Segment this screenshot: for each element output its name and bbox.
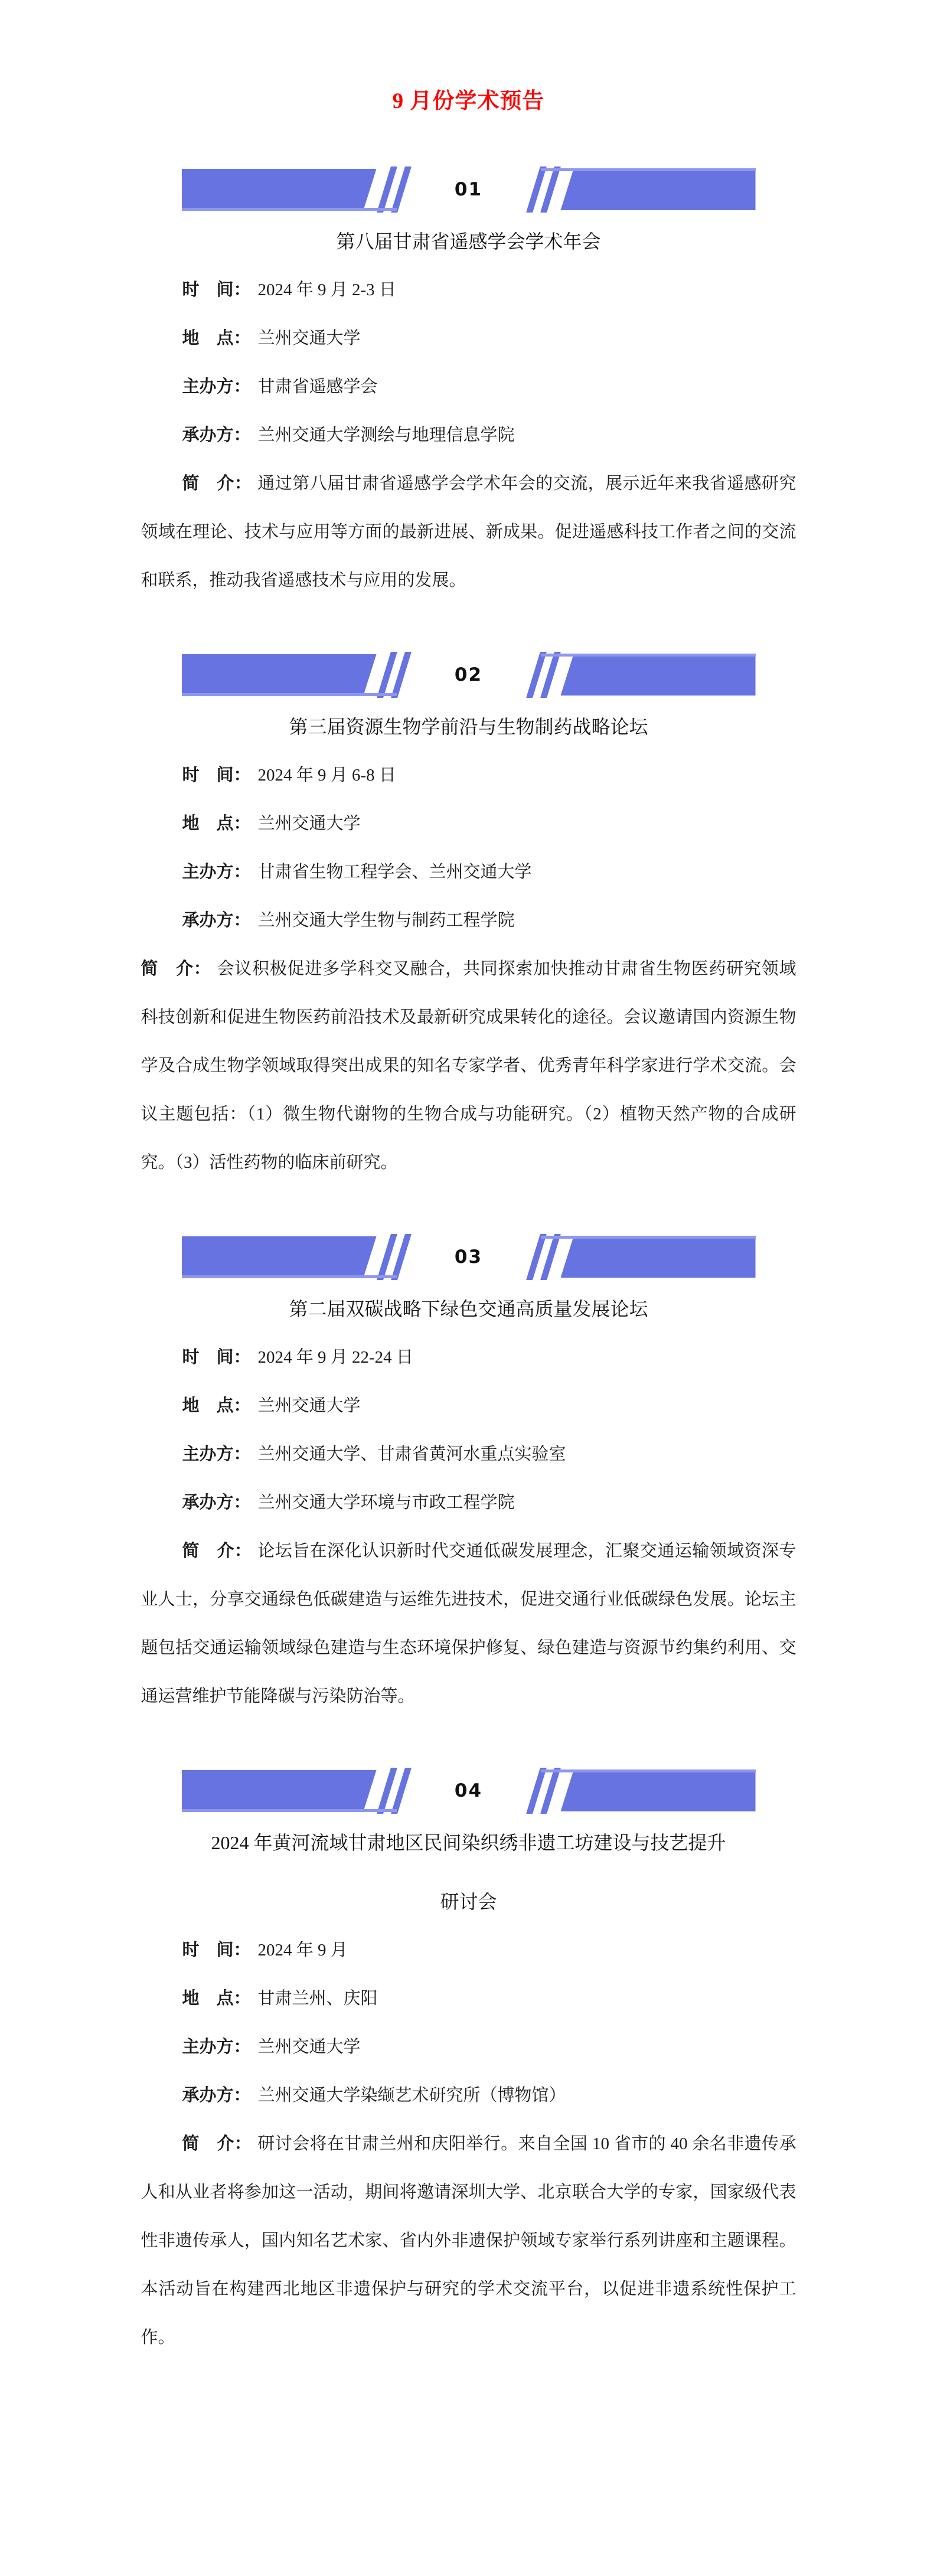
section-title-line: 第二届双碳战略下绿色交通高质量发展论坛 bbox=[0, 1295, 937, 1323]
banner-right-stripes bbox=[533, 652, 554, 698]
detail-row: 地 点：甘肃兰州、庆阳 bbox=[182, 1974, 796, 2023]
section-intro: 简 介：会议积极促进多学科交叉融合，共同探索加快推动甘肃省生物医药研究领域科技创… bbox=[141, 945, 796, 1187]
detail-row: 地 点：兰州交通大学 bbox=[182, 799, 796, 848]
document-page: 9 月份学术预告 01 第八届甘肃省遥感学会学术年会 时 间：20 bbox=[0, 0, 937, 2576]
section-04: 04 2024 年黄河流域甘肃地区民间染织绣非遗工坊建设与技艺提升 研讨会 时 … bbox=[0, 1770, 937, 2362]
section-title: 第三届资源生物学前沿与生物制药战略论坛 bbox=[0, 713, 937, 740]
section-number: 02 bbox=[455, 664, 482, 685]
section-03: 03 第二届双碳战略下绿色交通高质量发展论坛 时 间：2024 年 9 月 22… bbox=[0, 1236, 937, 1720]
banner-right-bar bbox=[561, 1770, 756, 1811]
banner-right-bar bbox=[561, 1236, 756, 1278]
banner-left-stripes bbox=[384, 166, 404, 213]
detail-label: 承办方： bbox=[182, 2086, 251, 2105]
banner-left-bar bbox=[182, 1770, 377, 1811]
detail-label: 主办方： bbox=[182, 2038, 251, 2056]
detail-value: 甘肃省遥感学会 bbox=[258, 377, 378, 396]
intro-label: 简 介： bbox=[182, 1542, 252, 1560]
section-number: 01 bbox=[455, 179, 482, 200]
intro-label: 简 介： bbox=[141, 959, 211, 978]
intro-text: 研讨会将在甘肃兰州和庆阳举行。来自全国 10 省市的 40 余名非遗传承人和从业… bbox=[141, 2134, 796, 2347]
detail-value: 2024 年 9 月 6-8 日 bbox=[258, 766, 396, 785]
section-title-line: 第八届甘肃省遥感学会学术年会 bbox=[0, 228, 937, 255]
banner-number-zone: 04 bbox=[404, 1780, 533, 1801]
detail-row: 时 间：2024 年 9 月 22-24 日 bbox=[182, 1333, 796, 1382]
detail-row: 主办方：甘肃省生物工程学会、兰州交通大学 bbox=[182, 848, 796, 896]
banner-right-bar bbox=[561, 654, 756, 696]
section-intro: 简 介：通过第八届甘肃省遥感学会学术年会的交流，展示近年来我省遥感研究领域在理论… bbox=[141, 459, 796, 605]
section-title-line: 第三届资源生物学前沿与生物制药战略论坛 bbox=[0, 713, 937, 740]
detail-label: 时 间： bbox=[182, 280, 251, 299]
section-01: 01 第八届甘肃省遥感学会学术年会 时 间：2024 年 9 月 2-3 日 地… bbox=[0, 169, 937, 605]
banner-left-stripes bbox=[384, 1768, 404, 1814]
section-title-line: 2024 年黄河流域甘肃地区民间染织绣非遗工坊建设与技艺提升 bbox=[0, 1829, 937, 1856]
detail-label: 主办方： bbox=[182, 863, 251, 881]
page-title: 9 月份学术预告 bbox=[0, 89, 937, 115]
banner-left-bar bbox=[182, 169, 377, 210]
section-banner: 03 bbox=[182, 1236, 756, 1278]
detail-label: 承办方： bbox=[182, 426, 251, 445]
detail-row: 时 间：2024 年 9 月 bbox=[182, 1926, 796, 1974]
section-intro: 简 介：研讨会将在甘肃兰州和庆阳举行。来自全国 10 省市的 40 余名非遗传承… bbox=[141, 2120, 796, 2362]
banner-number-zone: 01 bbox=[404, 179, 533, 200]
detail-value: 兰州交通大学、甘肃省黄河水重点实验室 bbox=[258, 1445, 566, 1464]
section-number: 04 bbox=[455, 1780, 482, 1801]
detail-value: 兰州交通大学染缬艺术研究所（博物馆） bbox=[258, 2086, 566, 2105]
detail-row: 主办方：兰州交通大学、甘肃省黄河水重点实验室 bbox=[182, 1430, 796, 1478]
section-title: 第二届双碳战略下绿色交通高质量发展论坛 bbox=[0, 1295, 937, 1323]
banner-right-bar bbox=[561, 169, 756, 210]
detail-row: 承办方：兰州交通大学测绘与地理信息学院 bbox=[182, 411, 796, 459]
section-banner: 01 bbox=[182, 169, 756, 210]
section-title-line: 研讨会 bbox=[0, 1888, 937, 1915]
detail-value: 2024 年 9 月 22-24 日 bbox=[258, 1348, 413, 1367]
detail-label: 承办方： bbox=[182, 911, 251, 930]
detail-label: 时 间： bbox=[182, 766, 251, 785]
banner-right-stripes bbox=[533, 166, 554, 213]
detail-value: 2024 年 9 月 2-3 日 bbox=[258, 280, 396, 299]
section-details: 时 间：2024 年 9 月 22-24 日 地 点：兰州交通大学 主办方：兰州… bbox=[141, 1333, 796, 1527]
intro-text: 论坛旨在深化认识新时代交通低碳发展理念，汇聚交通运输领域资深专业人士，分享交通绿… bbox=[141, 1542, 796, 1706]
detail-value: 兰州交通大学 bbox=[258, 814, 361, 833]
detail-row: 承办方：兰州交通大学环境与市政工程学院 bbox=[182, 1478, 796, 1527]
section-02: 02 第三届资源生物学前沿与生物制药战略论坛 时 间：2024 年 9 月 6-… bbox=[0, 654, 937, 1187]
detail-value: 兰州交通大学 bbox=[258, 2038, 361, 2056]
detail-label: 承办方： bbox=[182, 1493, 251, 1512]
section-title: 第八届甘肃省遥感学会学术年会 bbox=[0, 228, 937, 255]
section-details: 时 间：2024 年 9 月 6-8 日 地 点：兰州交通大学 主办方：甘肃省生… bbox=[141, 751, 796, 945]
detail-label: 地 点： bbox=[182, 814, 251, 833]
detail-label: 时 间： bbox=[182, 1348, 251, 1367]
section-intro: 简 介：论坛旨在深化认识新时代交通低碳发展理念，汇聚交通运输领域资深专业人士，分… bbox=[141, 1527, 796, 1720]
banner-right-stripes bbox=[533, 1768, 554, 1814]
detail-value: 兰州交通大学环境与市政工程学院 bbox=[258, 1493, 515, 1512]
section-number: 03 bbox=[455, 1246, 482, 1268]
section-title: 2024 年黄河流域甘肃地区民间染织绣非遗工坊建设与技艺提升 研讨会 bbox=[0, 1829, 937, 1915]
section-details: 时 间：2024 年 9 月 地 点：甘肃兰州、庆阳 主办方：兰州交通大学 承办… bbox=[141, 1926, 796, 2120]
banner-left-bar bbox=[182, 1236, 377, 1278]
banner-left-stripes bbox=[384, 652, 404, 698]
detail-value: 甘肃省生物工程学会、兰州交通大学 bbox=[258, 863, 532, 881]
section-banner: 04 bbox=[182, 1770, 756, 1811]
detail-value: 甘肃兰州、庆阳 bbox=[258, 1989, 378, 2008]
detail-label: 地 点： bbox=[182, 1396, 251, 1415]
detail-label: 时 间： bbox=[182, 1941, 251, 1960]
detail-row: 时 间：2024 年 9 月 6-8 日 bbox=[182, 751, 796, 799]
detail-value: 兰州交通大学 bbox=[258, 329, 361, 348]
intro-label: 简 介： bbox=[182, 2134, 252, 2153]
detail-row: 地 点：兰州交通大学 bbox=[182, 314, 796, 363]
detail-label: 主办方： bbox=[182, 377, 251, 396]
detail-row: 地 点：兰州交通大学 bbox=[182, 1382, 796, 1430]
detail-row: 承办方：兰州交通大学生物与制药工程学院 bbox=[182, 896, 796, 945]
section-banner: 02 bbox=[182, 654, 756, 696]
banner-left-stripes bbox=[384, 1234, 404, 1280]
detail-value: 兰州交通大学 bbox=[258, 1396, 361, 1415]
banner-right-stripes bbox=[533, 1234, 554, 1280]
detail-label: 地 点： bbox=[182, 329, 251, 348]
detail-row: 承办方：兰州交通大学染缬艺术研究所（博物馆） bbox=[182, 2071, 796, 2120]
detail-value: 2024 年 9 月 bbox=[258, 1941, 348, 1960]
detail-row: 时 间：2024 年 9 月 2-3 日 bbox=[182, 266, 796, 314]
detail-label: 主办方： bbox=[182, 1445, 251, 1464]
detail-value: 兰州交通大学生物与制药工程学院 bbox=[258, 911, 515, 930]
detail-value: 兰州交通大学测绘与地理信息学院 bbox=[258, 426, 515, 445]
banner-number-zone: 02 bbox=[404, 664, 533, 685]
banner-number-zone: 03 bbox=[404, 1246, 533, 1268]
detail-label: 地 点： bbox=[182, 1989, 251, 2008]
section-details: 时 间：2024 年 9 月 2-3 日 地 点：兰州交通大学 主办方：甘肃省遥… bbox=[141, 266, 796, 459]
detail-row: 主办方：甘肃省遥感学会 bbox=[182, 363, 796, 411]
detail-row: 主办方：兰州交通大学 bbox=[182, 2023, 796, 2071]
intro-text: 会议积极促进多学科交叉融合，共同探索加快推动甘肃省生物医药研究领域科技创新和促进… bbox=[141, 959, 796, 1172]
intro-label: 简 介： bbox=[182, 474, 252, 493]
banner-left-bar bbox=[182, 654, 377, 696]
